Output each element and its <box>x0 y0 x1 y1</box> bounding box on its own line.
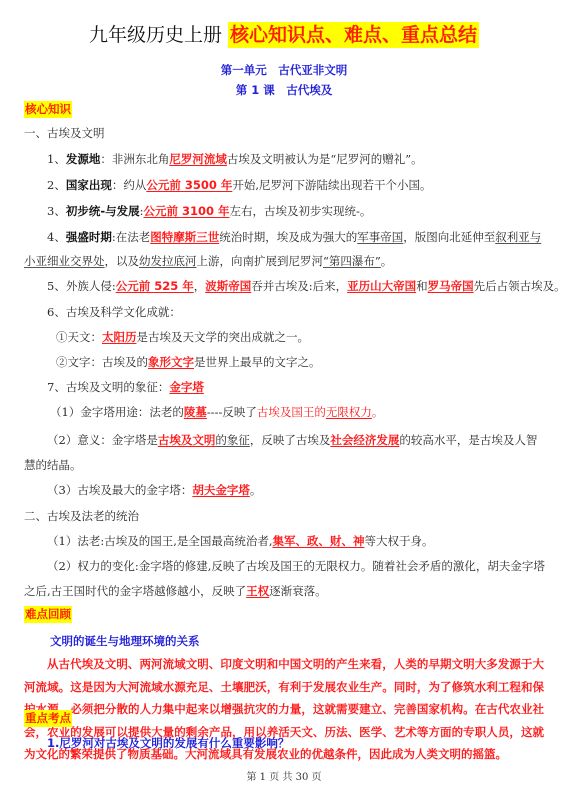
item-foreign-invasion: 5、外族人侵:公元前 525 年，波斯帝国吞并古埃及:后来，亚历山大帝国和罗马帝… <box>47 278 566 294</box>
title-highlight: 核心知识点、难点、重点总结 <box>228 22 479 48</box>
document-title: 九年级历史上册核心知识点、难点、重点总结 <box>0 20 568 47</box>
document-page: 九年级历史上册核心知识点、难点、重点总结 第一单元 古代亚非文明 第 1 课 古… <box>0 0 568 800</box>
item-pyramid-significance-line2: 慧的结晶。 <box>24 457 82 473</box>
item-symbol: 7、古埃及文明的象征：金字塔 <box>47 379 204 395</box>
item-science-culture: 6、古埃及科学文化成就： <box>47 304 181 320</box>
lesson-title: 第 1 课 古代埃及 <box>0 82 568 98</box>
section-heading-pharaoh-rule: 二、古埃及法老的统治 <box>24 508 139 524</box>
item-prosperity-line2: 小亚细业交界处，以及幼发拉底河上游，向南扩展到尼罗河“第四瀑布”。 <box>24 253 392 269</box>
item-largest-pyramid: （3）古埃及最大的金字塔：胡夫金字塔。 <box>47 482 261 498</box>
item-state-emergence: 2、国家出现：约从公元前 3500 年开始,尼罗河下游陆续出现若干个小国。 <box>47 177 432 193</box>
section-heading-egypt-civilization: 一、古埃及文明 <box>24 125 105 141</box>
difficult-subheading: 文明的诞生与地理环境的关系 <box>50 633 200 649</box>
difficult-points-badge: 难点回顾 <box>24 606 72 623</box>
item-origin: 1、发源地：非洲东北角尼罗河流域古埃及文明被认为是“尼罗河的赠礼”。 <box>47 151 423 167</box>
item-pharaoh: （1）法老:古埃及的国王,是全国最高统治者,集军、政、财、神等大权于身。 <box>47 533 434 549</box>
item-unification: 3、初步统-与发展:公元前 3100 年左右，古埃及初步实现统-。 <box>47 203 371 219</box>
key-question-1: 1.尼罗河对古埃及文明的发展有什么重要影响？ <box>47 735 289 751</box>
item-power-change-line1: （2）权力的变化:金字塔的修建,反映了古埃及国王的无限权力。随着社会矛盾的激化，… <box>47 558 545 574</box>
key-points-badge: 重点考点 <box>24 710 72 727</box>
core-knowledge-badge: 核心知识 <box>24 101 72 118</box>
item-power-change-line2: 之后,古王国时代的金字塔越修越小，反映了王权逐渐衰落。 <box>24 583 327 599</box>
title-plain: 九年级历史上册 <box>89 24 222 46</box>
page-footer: 第 1 页 共 30 页 <box>0 768 568 783</box>
item-writing: ②文字：古埃及的象形文字是世界上最早的文字之。 <box>56 354 321 370</box>
unit-title: 第一单元 古代亚非文明 <box>0 62 568 78</box>
item-prosperity-line1: 4、强盛时期:在法老图特摩斯三世统治时期，埃及成为强大的军事帝国，版图向北延伸至… <box>47 229 541 245</box>
item-pyramid-use: （1）金字塔用途：法老的陵墓----反映了古埃及国王的无限权力。 <box>50 404 383 420</box>
item-astronomy: ①天文：太阳历是古埃及天文学的突出成就之一。 <box>56 329 309 345</box>
item-pyramid-significance-line1: （2）意义：金字塔是古埃及文明的象征，反映了古埃及社会经济发展的较高水平，是古埃… <box>47 432 537 448</box>
